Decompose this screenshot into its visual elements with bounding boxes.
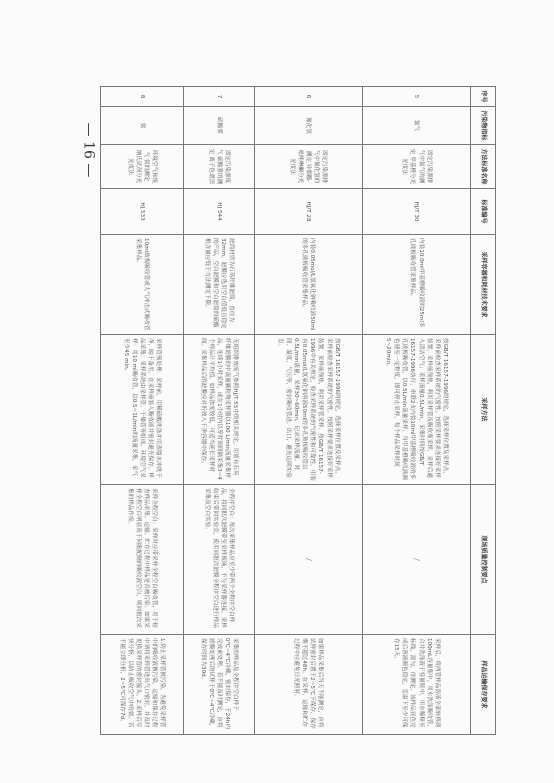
row-standard-no: HJ 533 [101,189,184,235]
row-pollutant: 氨 [101,107,184,145]
row-qc: / [254,485,362,635]
table-row: 7 硫酸雾 固定污染源废气 硫酸雾的测定 离子色谱法 HJ 544 滤筒材质为石… [184,87,255,735]
row-standard-no: HJ/T 30 [362,189,470,235]
row-sampling: 按GB/T 16157-1996的规定，选择采样位置及采样点，采样前检查采样系统… [254,335,362,485]
row-no: 5 [362,87,470,107]
sampling-requirements-table: 序号 污染物指标 方法标准名称 标准编号 采样容器和耗材技术要求 采样方法 现场… [100,86,496,735]
header-transport: 样品运输保存要求 [471,635,496,735]
table-header-row: 序号 污染物指标 方法标准名称 标准编号 采样容器和耗材技术要求 采样方法 现场… [471,87,496,735]
row-sampling: 无组织排放废气参照HJ/T 55中的相关规定，用装有石英纤维滤膜的中流量颗粒物采… [184,335,255,485]
row-method-name: 固定污染源排气中氰化氢的测定 异烟酸-吡唑啉酮分光光度法 [254,145,362,189]
header-standard-no: 标准编号 [471,189,496,235]
header-qc: 现场质量控制要点 [471,485,496,635]
row-pollutant: 硫酸雾 [184,107,255,145]
table-row: 6 氰化氢 固定污染源排气中氰化氢的测定 异烟酸-吡唑啉酮分光光度法 HJ/T … [254,87,362,735]
row-method-name: 固定污染源排气中氯气的测定 甲基橙分光光度法 [362,145,470,189]
row-method-name: 固定污染源废气 硫酸雾的测定 离子色谱法 [184,145,255,189]
row-pollutant: 氯气 [362,107,470,145]
row-pollutant: 氰化氢 [254,107,362,145]
header-method-name: 方法标准名称 [471,145,496,189]
row-container: 10ml玻板吸收管或大气冲击式吸收管采集样品。 [101,235,184,335]
row-transport: 如果样品采集后当天不能测定，应将试样密封后置于2~5℃下保存，保存期不超过48h… [254,635,362,735]
rotated-table-wrapper: 序号 污染物指标 方法标准名称 标准编号 采样容器和耗材技术要求 采样方法 现场… [100,86,496,734]
table-row: 5 氯气 固定污染源排气中氯气的测定 甲基橙分光光度法 HJ/T 30 内装10… [362,87,470,735]
row-sampling: 采样管预处理：采样前，用稀硫酸洗涤并用蒸馏水冲洗干净，晾干备用。在采样前装入吸收… [101,335,184,485]
header-pollutant: 污染物指标 [471,107,496,145]
row-qc: 全程序空白：每次采集样品应至少带两个全程序空白样品，将同批次滤膜带至采样现场，不… [184,485,255,635]
table-row: 8 氨 环境空气和废气 氨的测定 纳氏试剂分光光度法 HJ 533 10ml玻板… [101,87,184,735]
row-transport: 采集的样品及全程序空白样于0℃~4℃冷藏，密封保存，于24h内完成前处理。若不能… [184,635,255,735]
row-qc: / [362,485,470,635]
header-container: 采样容器和耗材技术要求 [471,235,496,335]
header-no: 序号 [471,87,496,107]
header-sampling: 采样方法 [471,335,496,485]
row-container: 滤筒材质为石英纤维滤筒，直径为32mm。滤膜应选用空白值低且稳定的产品，空白滤膜… [184,235,255,335]
page-number: — 16 — [78,120,98,180]
row-sampling: 按GB/T 16157-1996的规定，选择采样位置及采样点，采样前检查采样系统… [362,335,470,485]
row-no: 8 [101,87,184,107]
row-no: 7 [184,87,255,107]
row-no: 6 [254,87,362,107]
row-transport: 采样后，将两管样品溶液全部转移到100mL容量瓶中，用水洗涤吸收管，合并洗涤液于… [362,635,470,735]
page-number-text: — 16 — [80,123,96,178]
row-standard-no: HJ/T 28 [254,189,362,235]
row-transport: 1.防止采样管被污染，为避免采样管中的吸收液被污染，运输和保存过程中须将采样管进… [101,635,184,735]
row-standard-no: HJ 544 [184,189,255,235]
row-container: 内装10.0ml甲基橙吸收液的25ml多孔玻板吸收管采集样品。 [362,235,470,335]
row-qc: 采样全程空白：采样时应带采样全程空白吸收管，用于检查样品采集、运输、贮存过程中样… [101,485,184,635]
row-method-name: 环境空气和废气 氨的测定 纳氏试剂分光光度法 [101,145,184,189]
row-container: 内装0.05mol/L氢氧化钠吸收液50ml的多孔玻板吸收管采集样品。 [254,235,362,335]
